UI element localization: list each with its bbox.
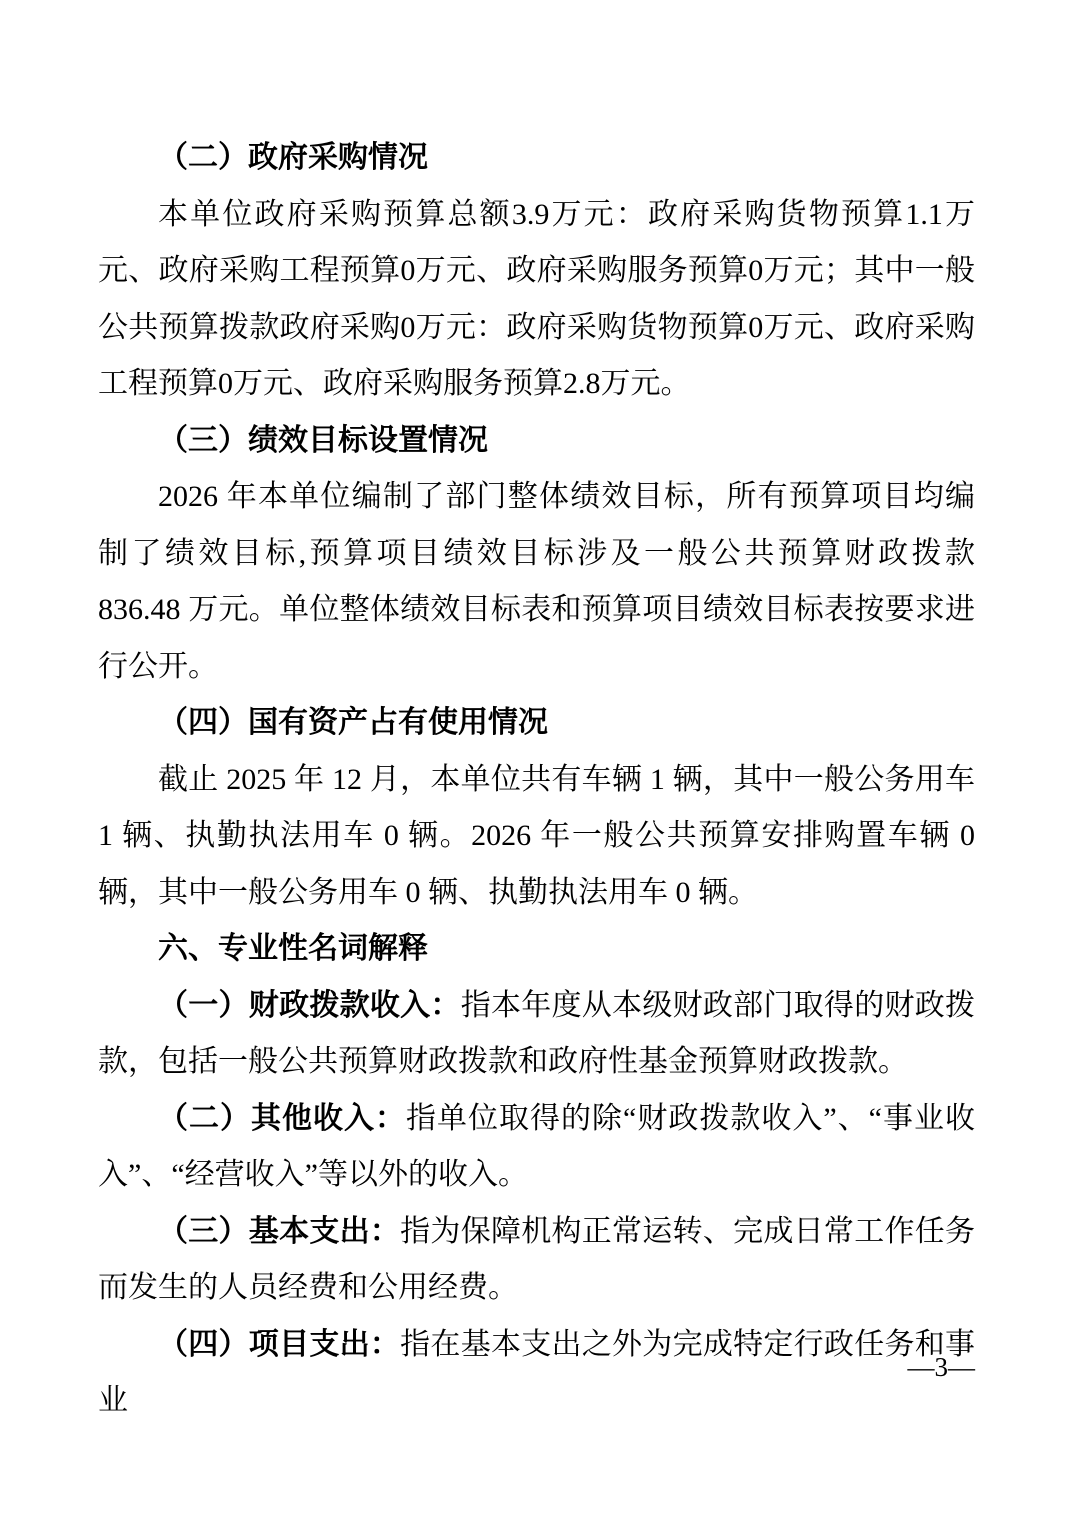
section-heading-performance-goals: （三）绩效目标设置情况 (98, 413, 975, 470)
paragraph-government-procurement: 本单位政府采购预算总额3.9万元：政府采购货物预算1.1万元、政府采购工程预算0… (98, 187, 975, 413)
term-lead-basic-expenditure: （三）基本支出： (158, 1215, 400, 1248)
section-heading-state-assets: （四）国有资产占有使用情况 (98, 695, 975, 752)
page-number: —3— (908, 1352, 976, 1382)
term-paragraph-fiscal-appropriation-income: （一）财政拨款收入：指本年度从本级财政部门取得的财政拨款，包括一般公共预算财政拨… (98, 978, 975, 1091)
term-paragraph-project-expenditure: （四）项目支出：指在基本支出之外为完成特定行政任务和事业 (98, 1317, 975, 1430)
term-lead-other-income: （二）其他收入： (158, 1102, 406, 1135)
term-paragraph-basic-expenditure: （三）基本支出：指为保障机构正常运转、完成日常工作任务而发生的人员经费和公用经费… (98, 1204, 975, 1317)
term-paragraph-other-income: （二）其他收入：指单位取得的除“财政拨款收入”、“事业收入”、“经营收入”等以外… (98, 1091, 975, 1204)
term-lead-fiscal-appropriation-income: （一）财政拨款收入： (158, 989, 461, 1022)
document-page: （二）政府采购情况 本单位政府采购预算总额3.9万元：政府采购货物预算1.1万元… (0, 0, 1074, 1520)
paragraph-performance-goals: 2026 年本单位编制了部门整体绩效目标，所有预算项目均编制了绩效目标,预算项目… (98, 469, 975, 695)
paragraph-state-assets: 截止 2025 年 12 月，本单位共有车辆 1 辆，其中一般公务用车 1 辆、… (98, 752, 975, 922)
chapter-heading-terminology: 六、专业性名词解释 (98, 921, 975, 978)
page-content: （二）政府采购情况 本单位政府采购预算总额3.9万元：政府采购货物预算1.1万元… (0, 0, 1074, 1430)
section-heading-government-procurement: （二）政府采购情况 (98, 130, 975, 187)
term-lead-project-expenditure: （四）项目支出： (158, 1328, 400, 1361)
